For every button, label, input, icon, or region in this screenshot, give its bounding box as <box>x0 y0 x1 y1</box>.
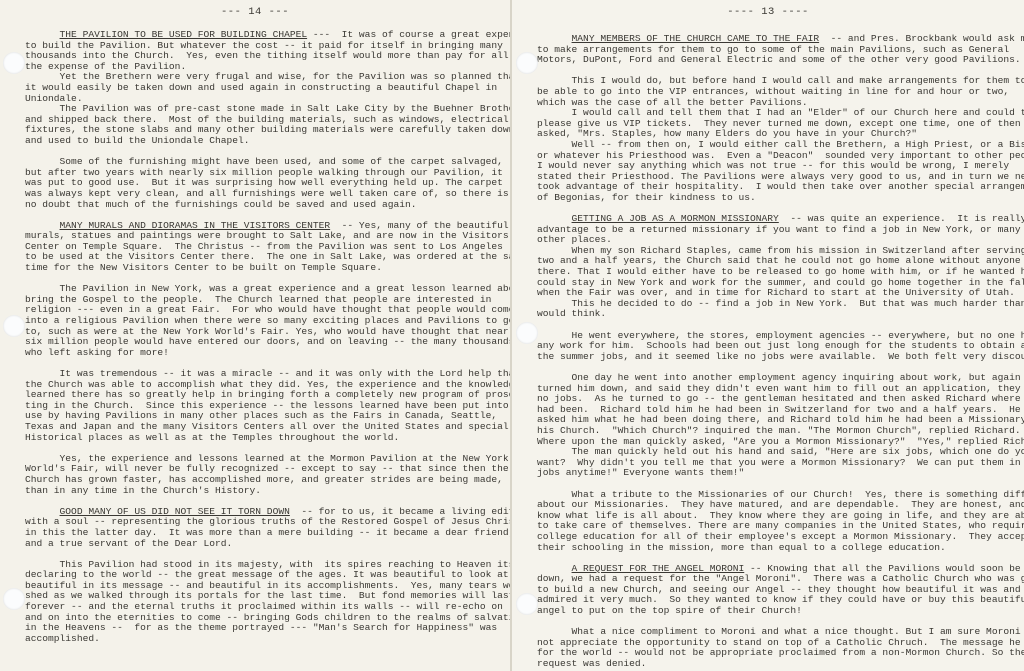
punch-hole <box>3 588 25 610</box>
paragraph: The Pavilion in New York, was a great ex… <box>25 284 510 358</box>
text-line: who left asking for more! <box>25 348 510 359</box>
section: MANY MURALS AND DIORAMAS IN THE VISITORS… <box>25 221 510 274</box>
text-line: Historical places as well as at the Temp… <box>25 433 510 444</box>
text-line: in this the latter day. It was more than… <box>25 528 510 539</box>
text-line: Church has grown faster, has accomplishe… <box>25 475 510 486</box>
text-line: would think. <box>537 309 1024 320</box>
text-line: It was tremendous -- it was a miracle --… <box>25 369 510 380</box>
punch-hole <box>3 52 25 74</box>
text-line: college education for all of their emplo… <box>537 532 1024 543</box>
text-line: Motors, DuPont, Ford and General Electri… <box>537 55 1024 66</box>
section-heading: MANY MEMBERS OF THE CHURCH CAME TO THE F… <box>572 33 820 44</box>
text-line: angel to put on the top spire of their C… <box>537 606 1024 617</box>
punch-hole <box>3 315 25 337</box>
text-line: be able to go into the VIP entrances, wi… <box>537 87 1024 98</box>
right-page: ---- 13 ---- MANY MEMBERS OF THE CHURCH … <box>512 0 1024 671</box>
punch-hole <box>516 322 538 344</box>
paragraph: One day he went into another employment … <box>537 373 1024 479</box>
paragraph: This Pavilion had stood in its majesty, … <box>25 560 510 645</box>
paragraph: Some of the furnishing might have been u… <box>25 157 510 210</box>
paragraph: Yes, the experience and lessons learned … <box>25 454 510 496</box>
text-line: Well -- from then on, I would either cal… <box>537 140 1024 151</box>
section: GETTING A JOB AS A MORMON MISSIONARY -- … <box>537 214 1024 320</box>
section: MANY MEMBERS OF THE CHURCH CAME TO THE F… <box>537 34 1024 66</box>
paragraph: What a nice compliment to Moroni and wha… <box>537 627 1024 669</box>
section-heading: GETTING A JOB AS A MORMON MISSIONARY <box>572 213 779 224</box>
section: GOOD MANY OF US DID NOT SEE IT TORN DOWN… <box>25 507 510 549</box>
text-line: THE PAVILION TO BE USED FOR BUILDING CHA… <box>25 30 510 41</box>
section: THE PAVILION TO BE USED FOR BUILDING CHA… <box>25 30 510 147</box>
section-heading: GOOD MANY OF US DID NOT SEE IT TORN DOWN <box>60 506 290 517</box>
text-line: their schooling in the mission, more tha… <box>537 543 1024 554</box>
text-line: was always kept very clean, and all furn… <box>25 189 510 200</box>
left-page: --- 14 --- THE PAVILION TO BE USED FOR B… <box>0 0 510 671</box>
page-body: THE PAVILION TO BE USED FOR BUILDING CHA… <box>25 30 510 644</box>
section: A REQUEST FOR THE ANGEL MORONI -- Knowin… <box>537 564 1024 617</box>
text-line: and used to build the Uniondale Chapel. <box>25 136 510 147</box>
text-line: accomplished. <box>25 634 510 645</box>
text-line: than in any time in the Church's History… <box>25 486 510 497</box>
text-line: it would easily be taken down and used a… <box>25 83 510 94</box>
paragraph: He went everywhere, the stores, employme… <box>537 331 1024 363</box>
punch-hole <box>516 593 538 615</box>
paragraph: What a tribute to the Missionaries of ou… <box>537 490 1024 554</box>
text-line: MANY MEMBERS OF THE CHURCH CAME TO THE F… <box>537 34 1024 45</box>
text-line: and a true servant of the Dear Lord. <box>25 539 510 550</box>
section-heading: MANY MURALS AND DIORAMAS IN THE VISITORS… <box>60 220 331 231</box>
paragraph: This I would do, but before hand I would… <box>537 76 1024 203</box>
section-heading: A REQUEST FOR THE ANGEL MORONI <box>572 563 745 574</box>
text-line: the summer jobs, and it seemed like no j… <box>537 352 1024 363</box>
page-body: MANY MEMBERS OF THE CHURCH CAME TO THE F… <box>537 34 1024 670</box>
text-line: of Begonias, for their kindness to us. <box>537 193 1024 204</box>
punch-hole <box>516 52 538 74</box>
page-number: ---- 13 ---- <box>512 6 1024 18</box>
page-number: --- 14 --- <box>0 6 510 18</box>
paragraph: It was tremendous -- it was a miracle --… <box>25 369 510 443</box>
text-line: One day he went into another employment … <box>537 373 1024 384</box>
text-line: jobs anytime!" Everyone wants them!" <box>537 468 1024 479</box>
text-line: Texas and Japan and the many Visitors Ce… <box>25 422 510 433</box>
text-line: no doubt that much of the furnishings co… <box>25 200 510 211</box>
text-line: request was denied. <box>537 659 1024 670</box>
text-line: time for the New Visitors Center to be b… <box>25 263 510 274</box>
text-line: his Church. "Which Church"? inquired the… <box>537 426 1024 437</box>
section-heading: THE PAVILION TO BE USED FOR BUILDING CHA… <box>60 29 308 40</box>
text-line: This he decided to do -- find a job in N… <box>537 299 1024 310</box>
